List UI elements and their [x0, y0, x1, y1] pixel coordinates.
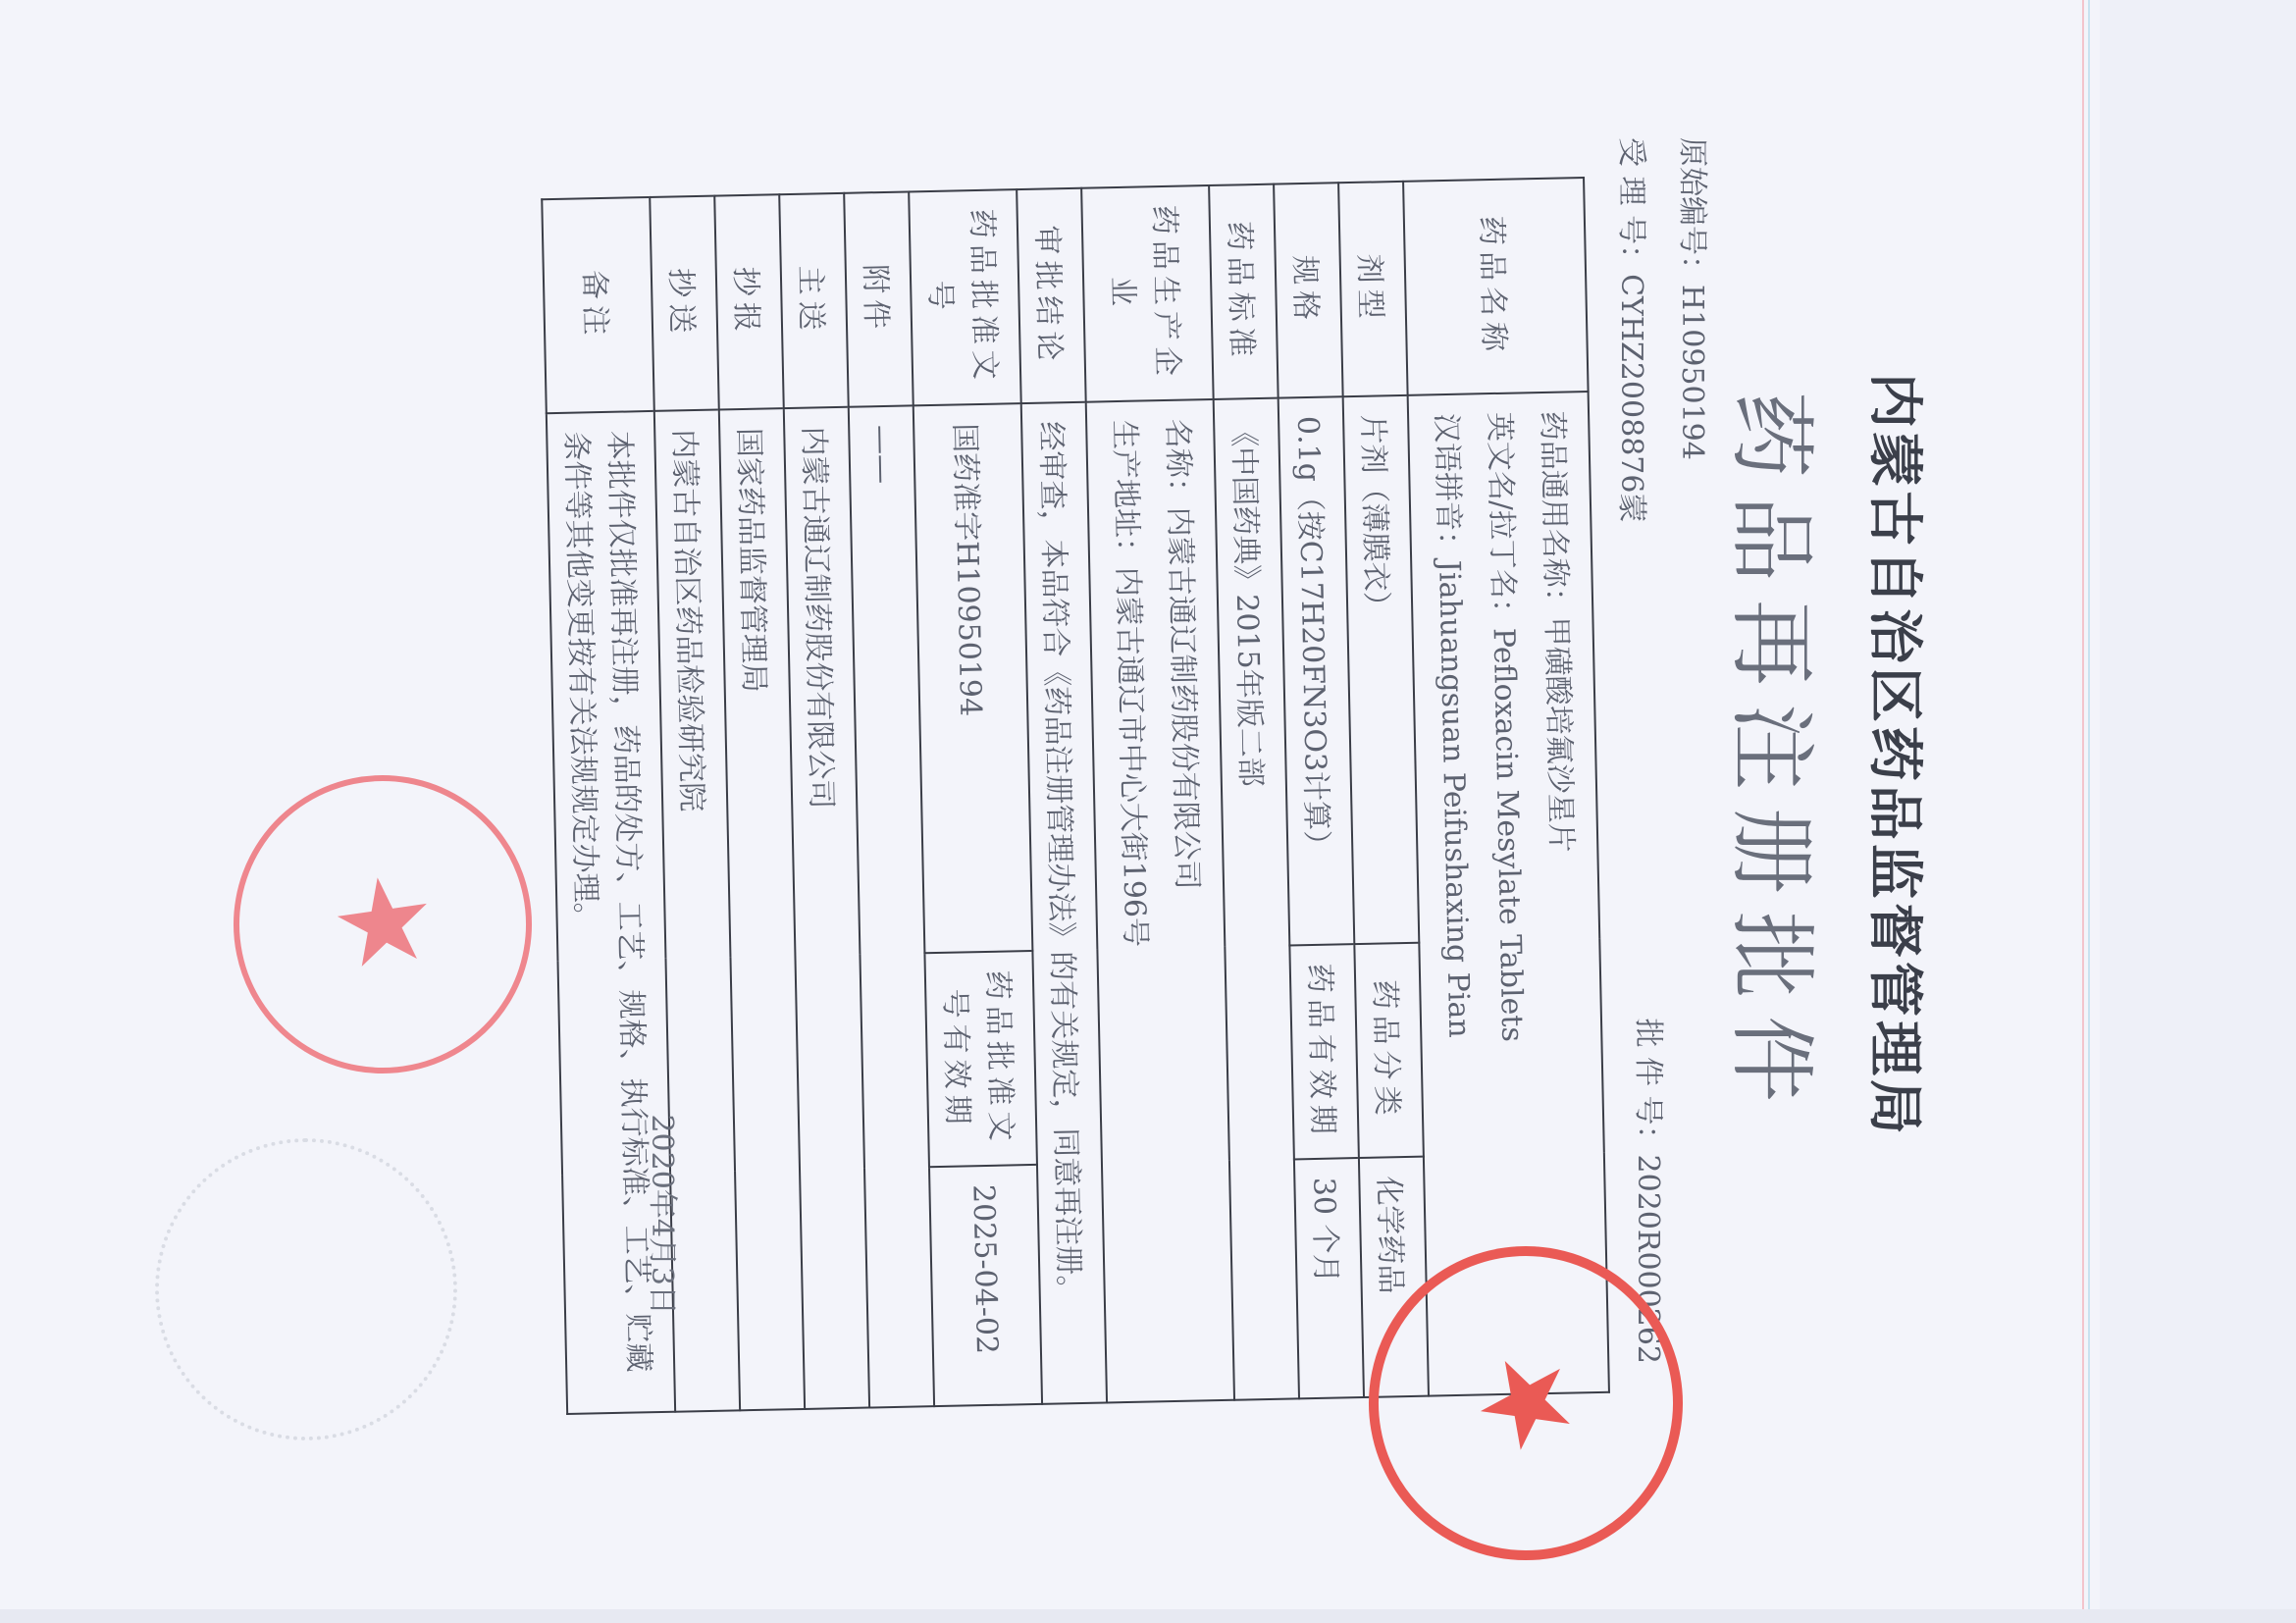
row-manufacturer: 药品生产企业 名称：内蒙古通辽制药股份有限公司 生产地址：内蒙古通辽市中心大街1… — [1081, 185, 1234, 1402]
original-number: 原始编号：H10950194 — [1661, 137, 1722, 522]
issue-date: 2020年4月3日 — [644, 1114, 687, 1315]
row-drug-name: 药品名称 药品通用名称：甲磺酸培氟沙星片 英文名/拉丁名：Pefloxacin … — [1403, 178, 1609, 1396]
agency-title: 内蒙古自治区药品监督管理局 — [1859, 79, 1938, 1433]
faded-seal — [155, 1138, 457, 1440]
scan-bottom-edge — [0, 1609, 2296, 1623]
star-icon: ★ — [316, 863, 450, 987]
acceptance-number: 受 理 号：CYHZ2008876蒙 — [1600, 137, 1661, 522]
value-drug-name: 药品通用名称：甲磺酸培氟沙星片 英文名/拉丁名：Pefloxacin Mesyl… — [1408, 392, 1609, 1396]
label-drug-name: 药品名称 — [1403, 178, 1589, 395]
meta-left: 原始编号：H10950194 受 理 号：CYHZ2008876蒙 — [1600, 137, 1722, 522]
approval-table: 药品名称 药品通用名称：甲磺酸培氟沙星片 英文名/拉丁名：Pefloxacin … — [541, 177, 1610, 1415]
star-icon: ★ — [1459, 1341, 1593, 1466]
approval-document: 内蒙古自治区药品监督管理局 药品再注册批件 原始编号：H10950194 受 理… — [662, 79, 2134, 1433]
document-title: 药品再注册批件 — [1716, 79, 1840, 1433]
distributor-seal: ★ — [210, 752, 555, 1097]
